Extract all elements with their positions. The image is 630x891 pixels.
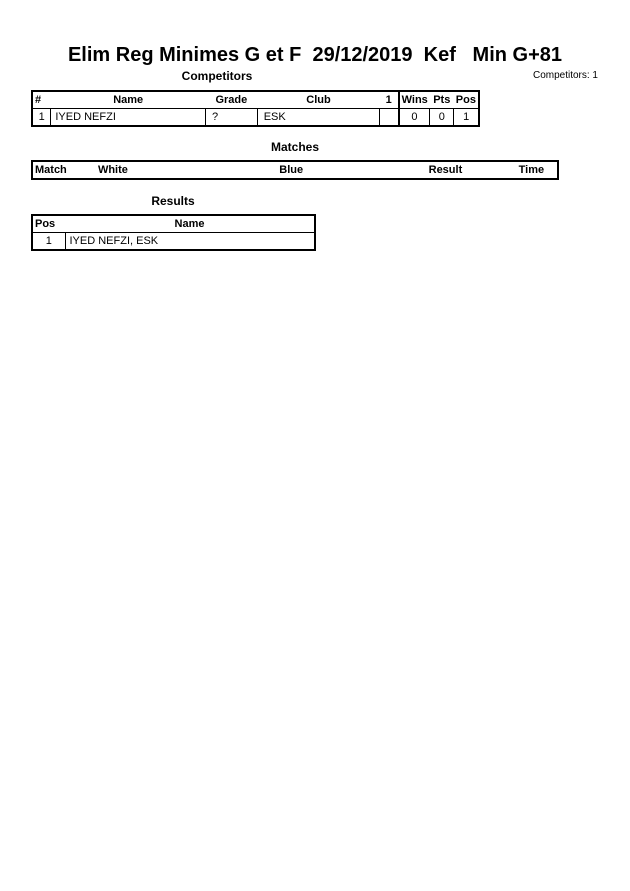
results-table: Pos Name 1 IYED NEFZI, ESK xyxy=(31,214,316,251)
header-white: White xyxy=(96,161,197,179)
header-blue: Blue xyxy=(197,161,385,179)
matches-header-row: Match White Blue Result Time xyxy=(32,161,558,179)
header-name: Name xyxy=(65,215,315,233)
header-num: # xyxy=(32,91,51,109)
competitor-pos: 1 xyxy=(454,109,479,127)
result-name: IYED NEFZI, ESK xyxy=(65,233,315,251)
header-match: Match xyxy=(32,161,96,179)
result-row: 1 IYED NEFZI, ESK xyxy=(32,233,315,251)
competitors-header-row: # Name Grade Club 1 Wins Pts Pos xyxy=(32,91,479,109)
header-time: Time xyxy=(506,161,558,179)
competitors-table: # Name Grade Club 1 Wins Pts Pos 1 IYED … xyxy=(31,90,480,127)
competitor-wins: 0 xyxy=(399,109,430,127)
header-pos: Pos xyxy=(454,91,479,109)
result-pos: 1 xyxy=(32,233,65,251)
competitors-section-title: Competitors xyxy=(32,69,402,83)
competitor-round-1 xyxy=(380,109,399,127)
header-round-1: 1 xyxy=(380,91,399,109)
header-name: Name xyxy=(51,91,206,109)
header-pts: Pts xyxy=(430,91,454,109)
competitor-grade: ? xyxy=(205,109,257,127)
competitor-row: 1 IYED NEFZI ? ESK 0 0 1 xyxy=(32,109,479,127)
header-pos: Pos xyxy=(32,215,65,233)
matches-section-title: Matches xyxy=(31,140,559,154)
matches-table: Match White Blue Result Time xyxy=(31,160,559,180)
competitor-num: 1 xyxy=(32,109,51,127)
header-wins: Wins xyxy=(399,91,430,109)
competitor-name: IYED NEFZI xyxy=(51,109,206,127)
document-title: Elim Reg Minimes G et F 29/12/2019 Kef M… xyxy=(0,44,630,67)
header-grade: Grade xyxy=(205,91,257,109)
competitor-pts: 0 xyxy=(430,109,454,127)
header-result: Result xyxy=(385,161,506,179)
header-club: Club xyxy=(257,91,380,109)
results-header-row: Pos Name xyxy=(32,215,315,233)
competitor-club: ESK xyxy=(257,109,380,127)
competitors-count: Competitors: 1 xyxy=(533,70,598,81)
results-section-title: Results xyxy=(31,194,315,208)
